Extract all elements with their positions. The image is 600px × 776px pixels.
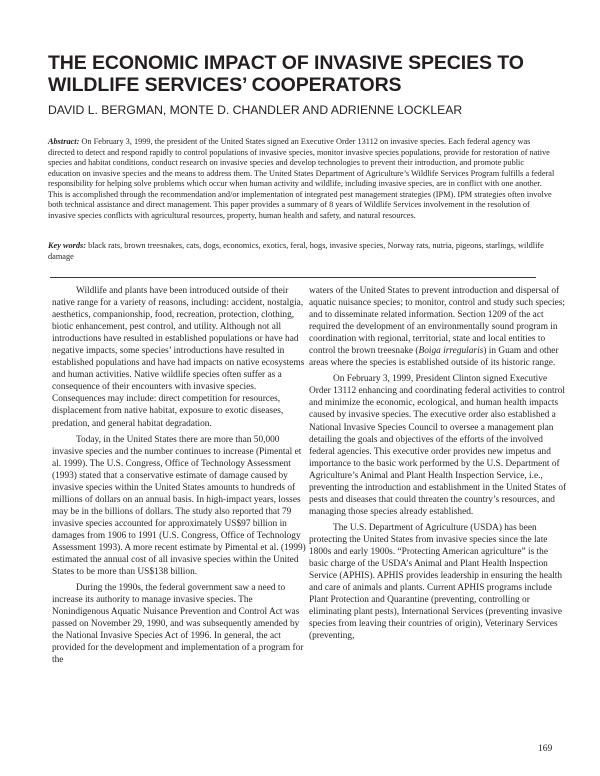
abstract: Abstract: On February 3, 1999, the presi… — [48, 137, 556, 221]
author-list: DAVID L. BERGMAN, MONTE D. CHANDLER AND … — [48, 103, 588, 117]
keywords-label: Key words: — [48, 241, 86, 250]
species-scientific-name: Boiga irregularis — [419, 346, 484, 356]
right-column: waters of the United States to prevent i… — [309, 285, 567, 646]
body-paragraph: On February 3, 1999, President Clinton s… — [309, 373, 567, 518]
body-paragraph: During the 1990s, the federal government… — [52, 582, 308, 666]
title-line-2: WILDLIFE SERVICES’ COOPERATORS — [48, 74, 401, 96]
section-divider — [50, 277, 536, 278]
title-line-1: THE ECONOMIC IMPACT OF INVASIVE SPECIES … — [48, 52, 524, 74]
body-paragraph: The U.S. Department of Agriculture (USDA… — [309, 522, 567, 642]
keywords: Key words: black rats, brown treesnakes,… — [48, 241, 556, 262]
paper-title: THE ECONOMIC IMPACT OF INVASIVE SPECIES … — [48, 52, 568, 96]
keywords-text: black rats, brown treesnakes, cats, dogs… — [48, 241, 544, 261]
left-column: Wildlife and plants have been introduced… — [52, 285, 308, 670]
body-paragraph: Wildlife and plants have been introduced… — [52, 285, 308, 430]
abstract-label: Abstract: — [48, 137, 79, 146]
page-number: 169 — [538, 744, 552, 754]
paper-page: THE ECONOMIC IMPACT OF INVASIVE SPECIES … — [0, 0, 600, 776]
abstract-text: On February 3, 1999, the president of th… — [48, 137, 554, 220]
body-paragraph: waters of the United States to prevent i… — [309, 285, 567, 369]
body-paragraph: Today, in the United States there are mo… — [52, 434, 308, 579]
